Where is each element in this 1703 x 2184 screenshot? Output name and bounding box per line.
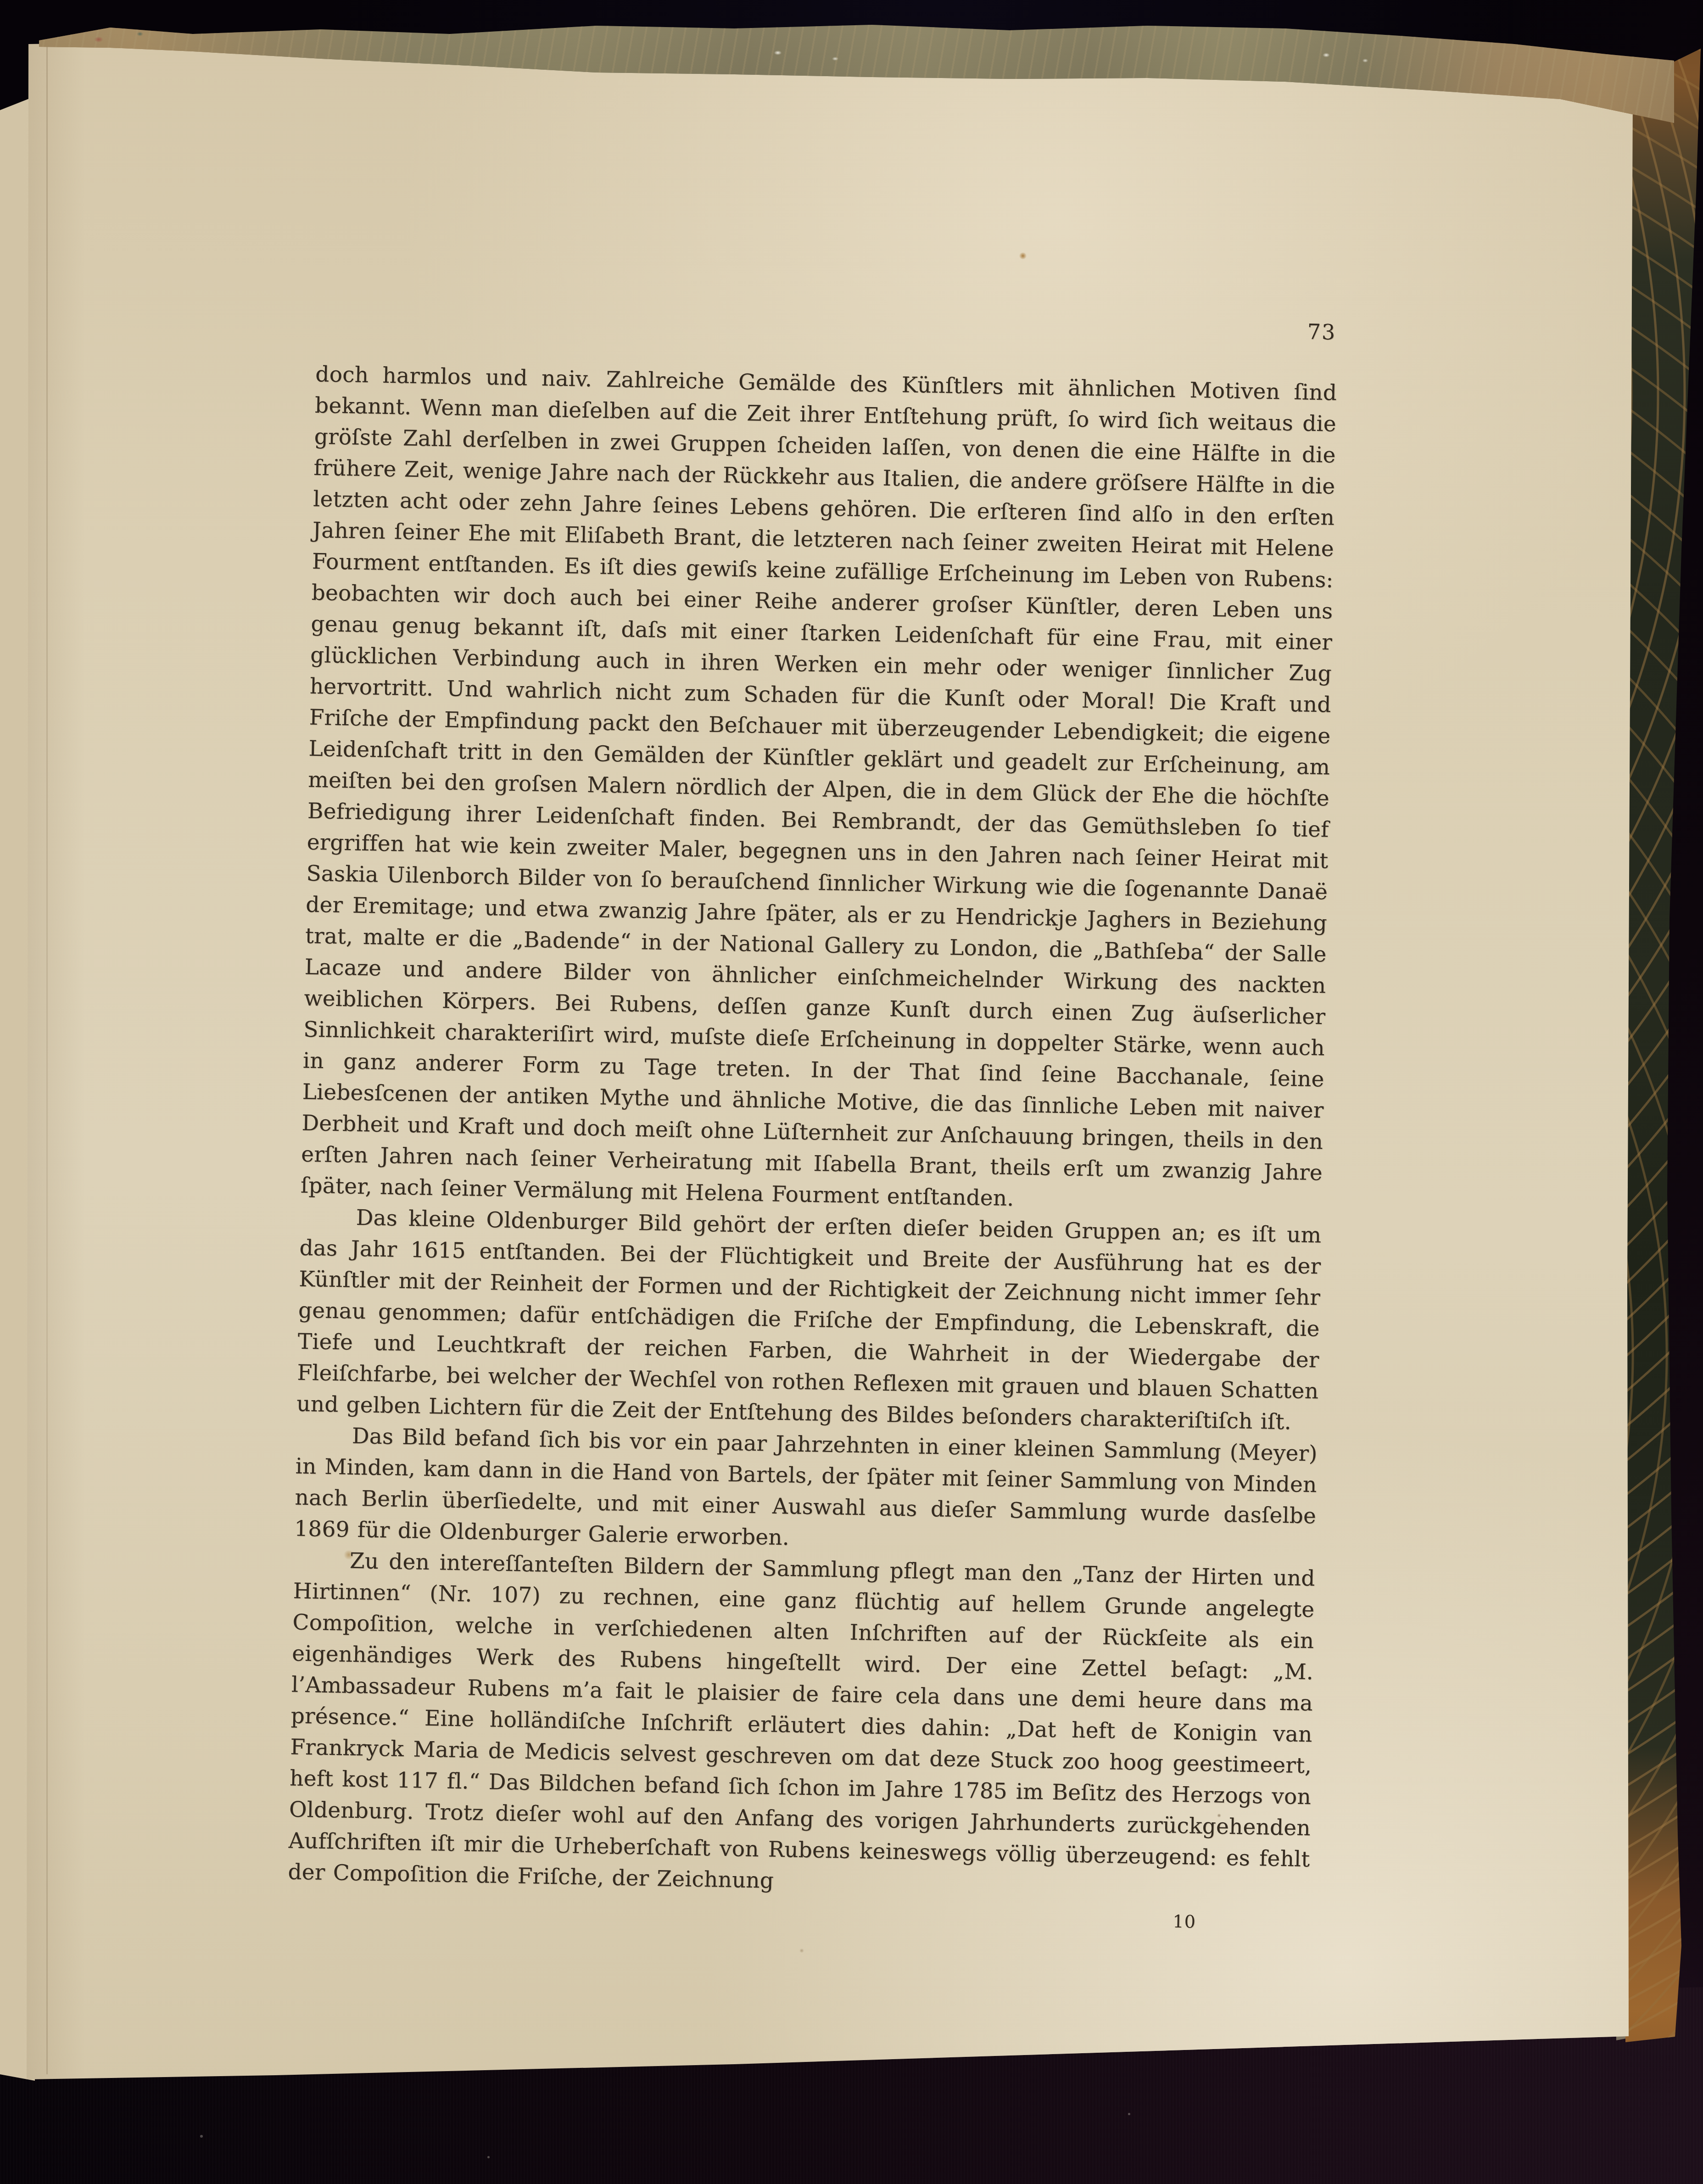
foxing-stain — [1019, 252, 1027, 259]
dust-speck — [200, 2135, 203, 2138]
paragraph: doch harmlos und naiv. Zahlreiche Gemäld… — [300, 359, 1337, 1220]
paragraph: Zu den intereſſanteſten Bildern der Samm… — [288, 1545, 1315, 1907]
page-fold-line — [46, 46, 48, 2074]
book-page: 73 doch harmlos und naiv. Zahlreiche Gem… — [0, 0, 1703, 2184]
dust-speck — [1128, 2113, 1130, 2115]
page-content: 73 doch harmlos und naiv. Zahlreiche Gem… — [287, 359, 1337, 1934]
book-photo: 73 doch harmlos und naiv. Zahlreiche Gem… — [0, 0, 1703, 2184]
paragraph: Das kleine Oldenburger Bild gehört der e… — [296, 1201, 1322, 1439]
foxing-stain — [799, 1949, 804, 1953]
paragraph: Das Bild befand ſich bis vor ein paar Ja… — [294, 1420, 1318, 1564]
dust-speck — [487, 2156, 490, 2158]
page-number: 73 — [1307, 319, 1336, 345]
text-block: doch harmlos und naiv. Zahlreiche Gemäld… — [288, 359, 1337, 1906]
